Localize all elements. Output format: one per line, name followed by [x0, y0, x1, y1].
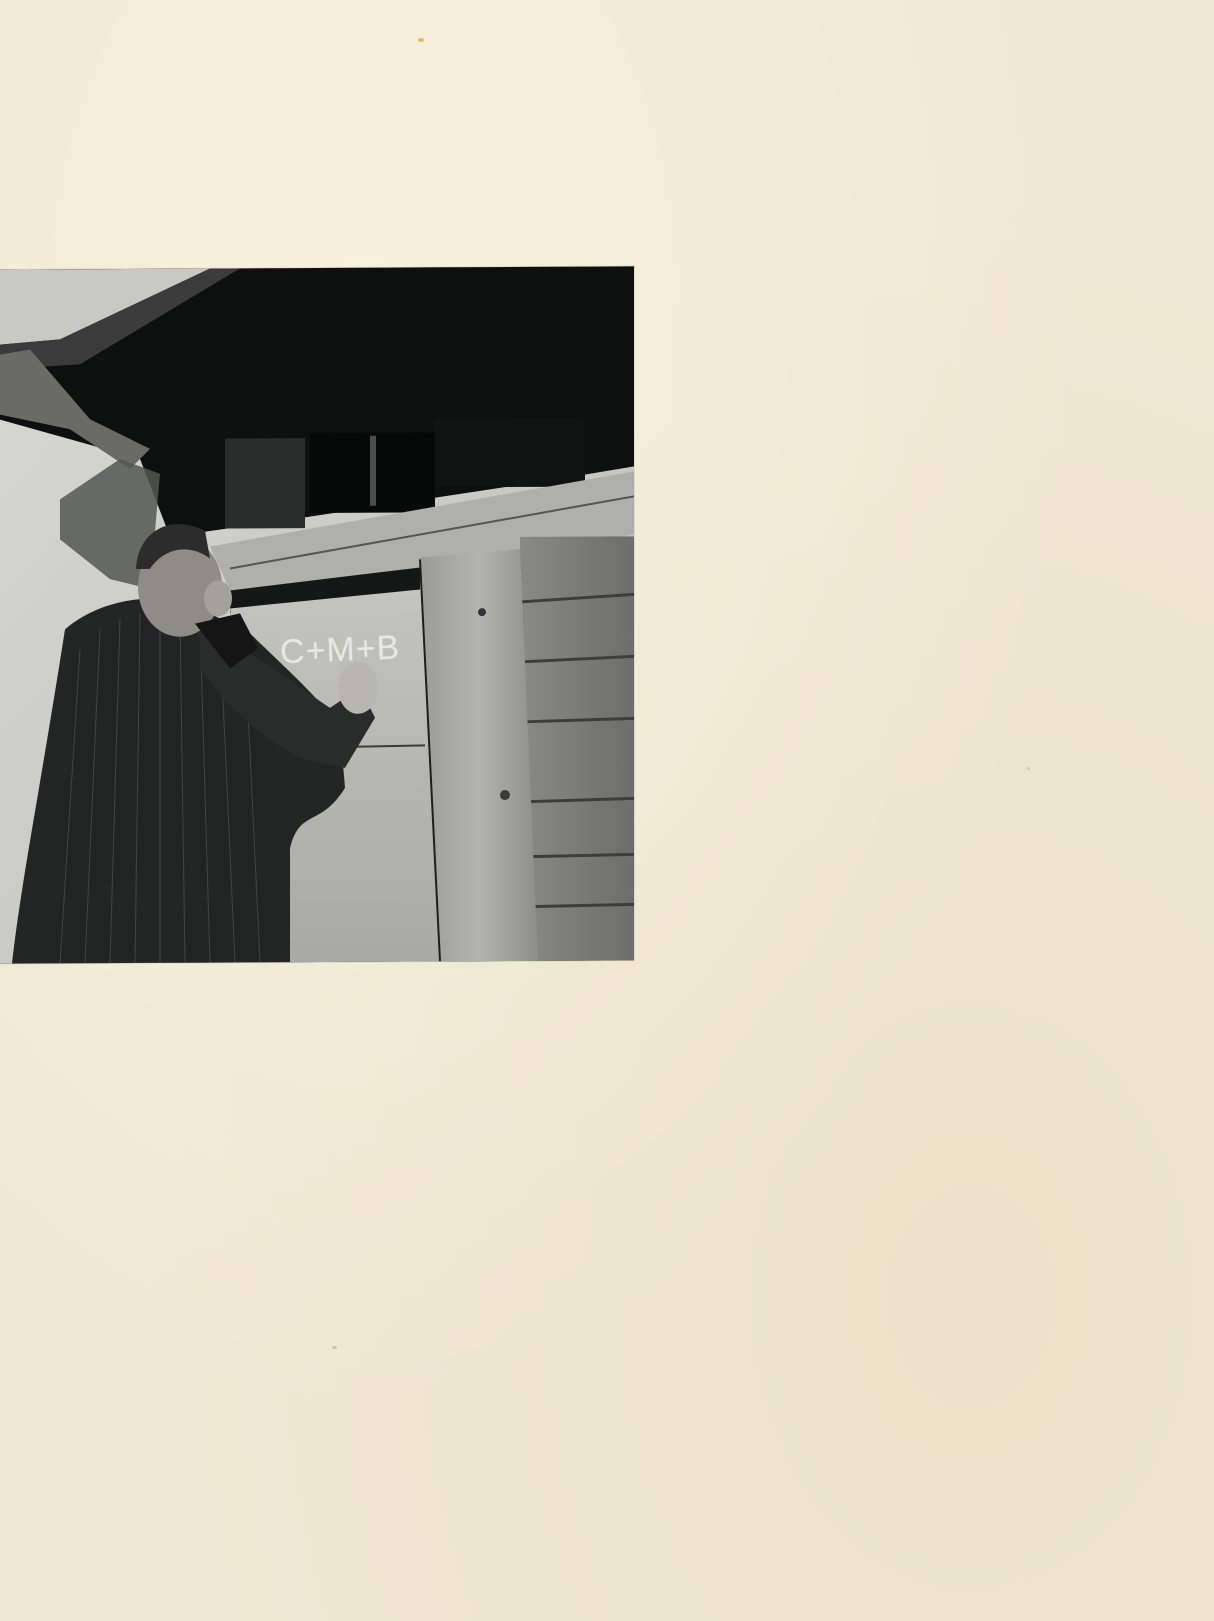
paper-speck [1027, 767, 1030, 770]
paper-speck [418, 38, 424, 42]
chalk-inscription: C+M+B [279, 628, 401, 672]
paper-speck [332, 1346, 337, 1349]
photograph: C+M+B [0, 266, 634, 963]
photo-scene [0, 266, 634, 963]
